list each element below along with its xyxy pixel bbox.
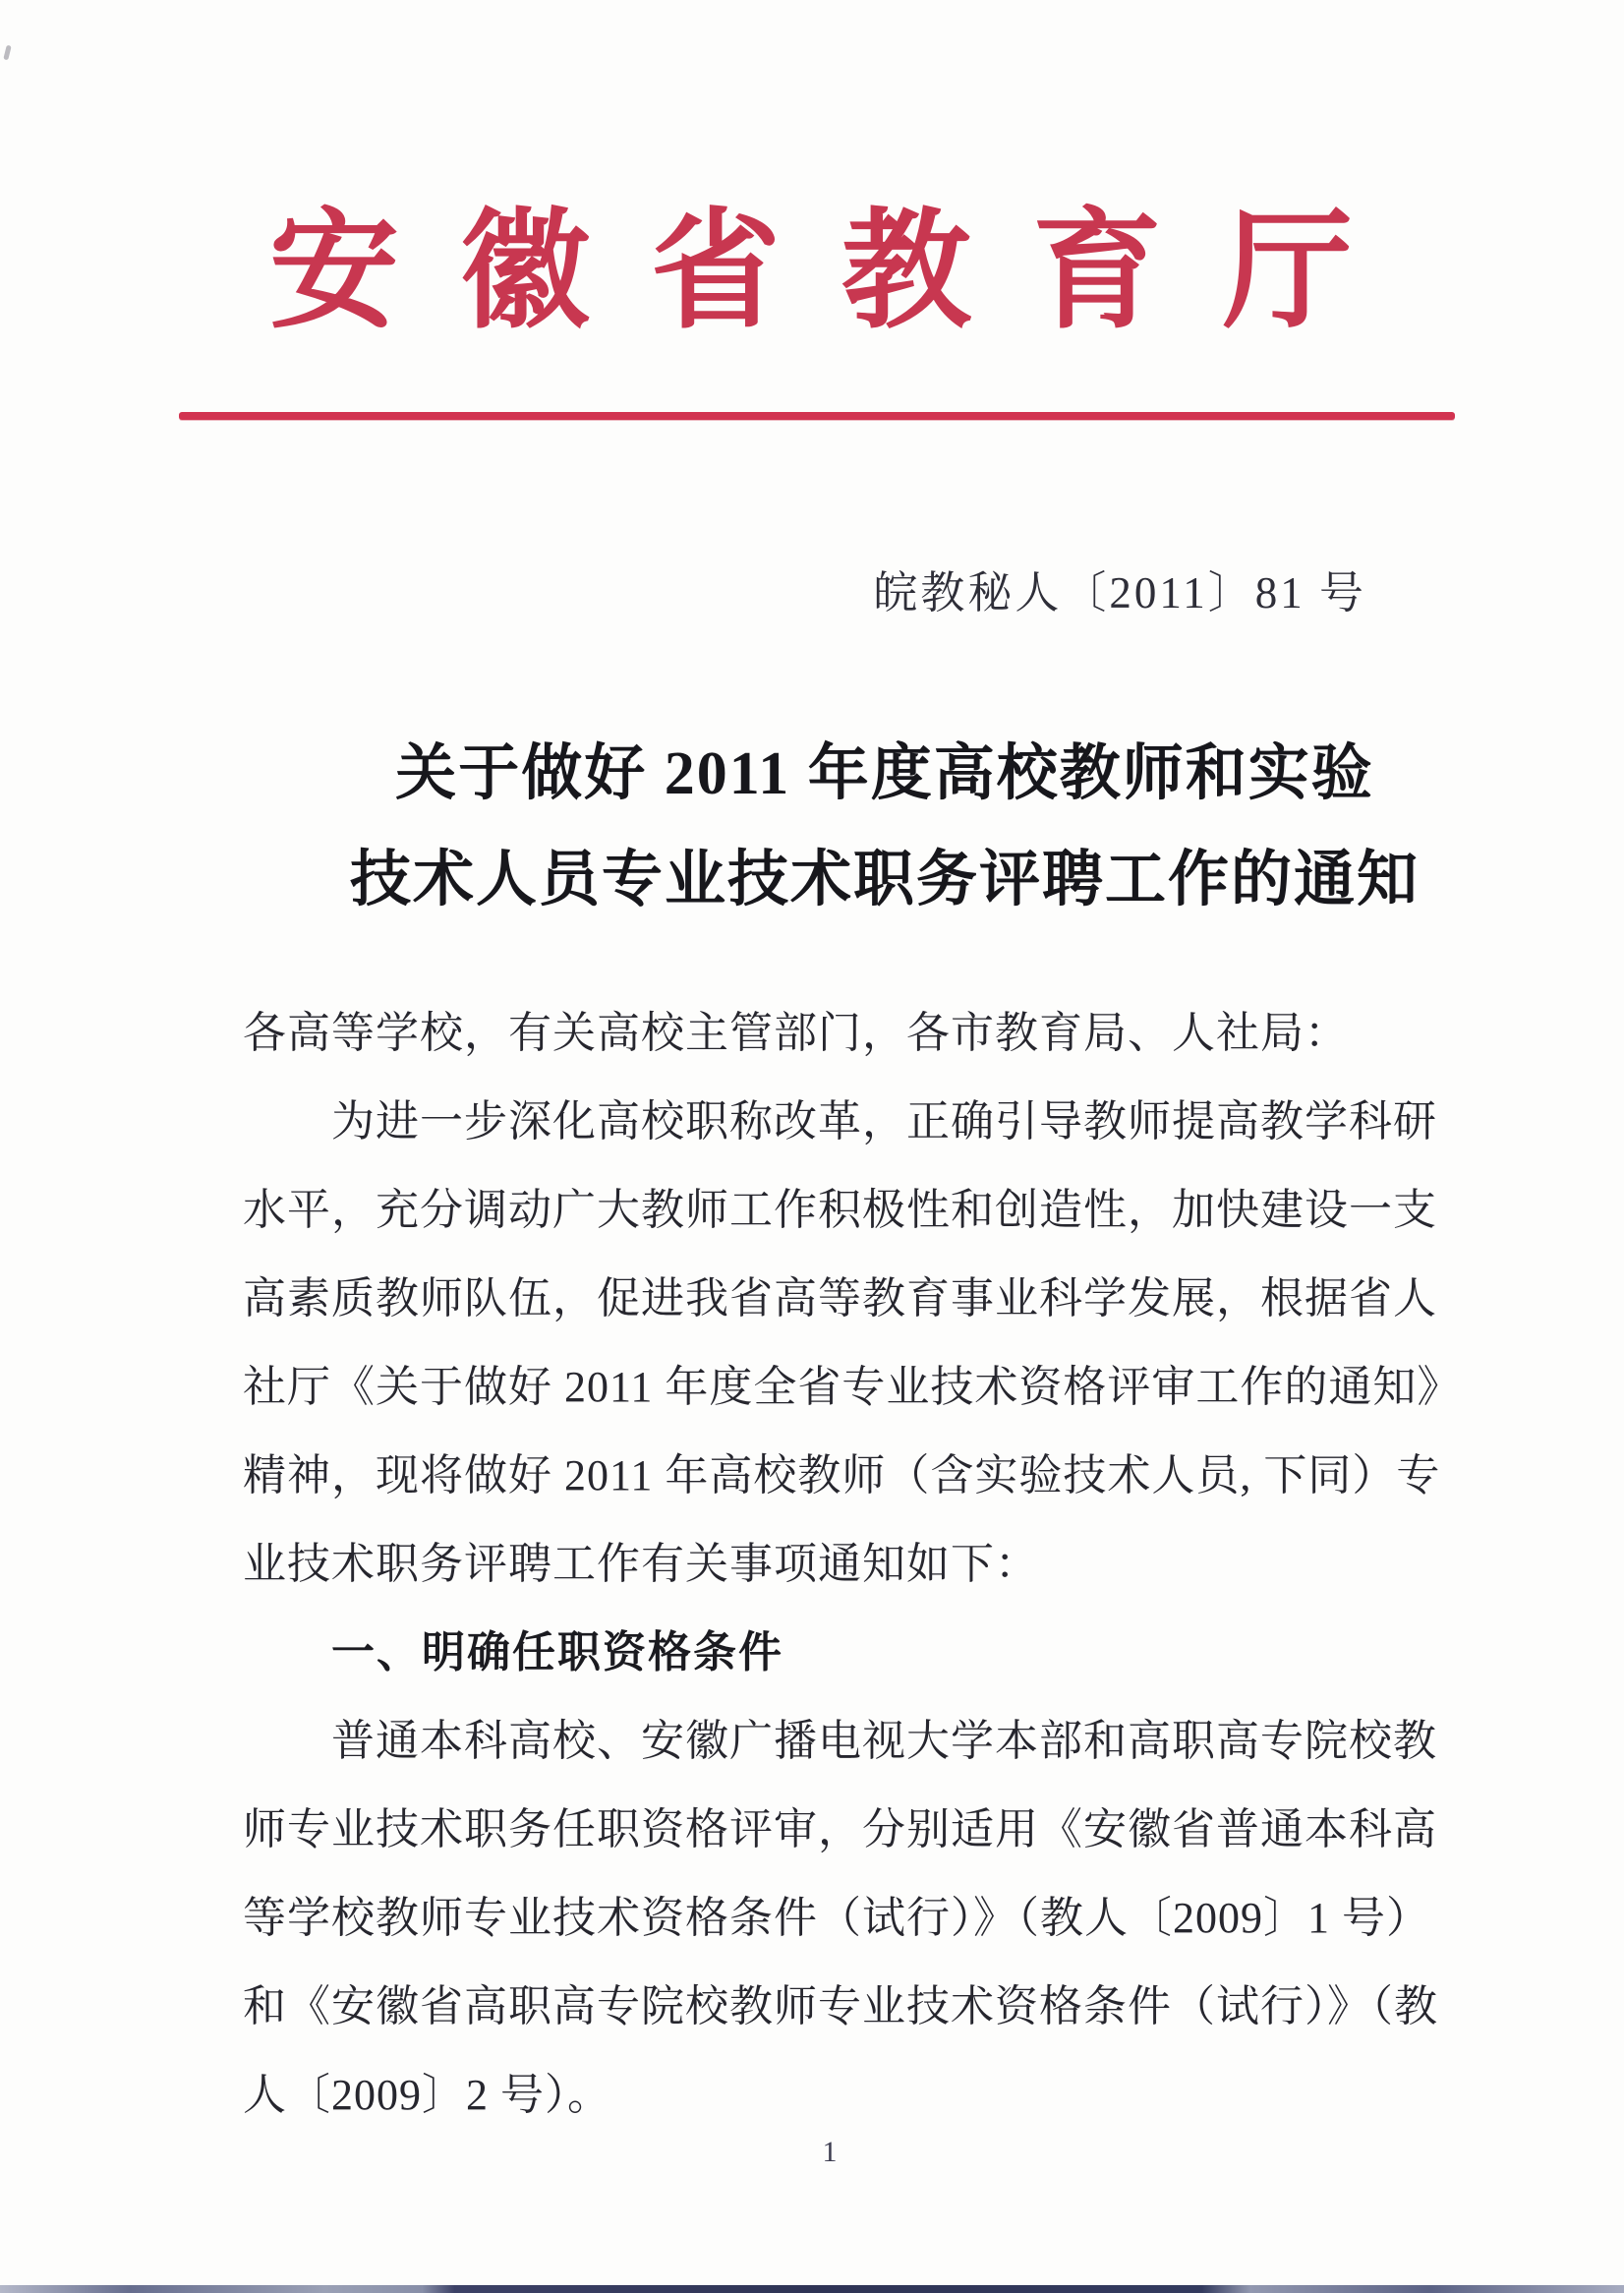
body-line: 普通本科高校、安徽广播电视大学本部和高职高专院校教	[243, 1697, 1422, 1786]
document-title-line1: 关于做好 2011 年度高校教师和实验	[145, 721, 1624, 827]
body-line: 等学校教师专业技术资格条件（试行）》（教人〔2009〕1 号）	[243, 1874, 1422, 1963]
body-line: 和《安徽省高职高专院校教师专业技术资格条件（试行）》（教	[243, 1963, 1422, 2051]
document-page: 安徽省教育厅 皖教秘人〔2011〕81 号 关于做好 2011 年度高校教师和实…	[0, 0, 1624, 2293]
body-line: 精神，现将做好 2011 年高校教师（含实验技术人员, 下同）专	[243, 1432, 1422, 1520]
page-number: 1	[18, 2136, 1624, 2169]
document-title: 关于做好 2011 年度高校教师和实验 技术人员专业技术职务评聘工作的通知	[145, 721, 1624, 933]
document-number: 皖教秘人〔2011〕81 号	[873, 562, 1366, 623]
letterhead-agency-title: 安徽省教育厅	[269, 199, 1414, 346]
section-heading: 一、明确任职资格条件	[243, 1609, 1422, 1697]
body-line: 人〔2009〕2 号）。	[243, 2051, 1422, 2140]
salutation-line: 各高等学校，有关高校主管部门，各市教育局、人社局：	[243, 989, 1422, 1078]
body-line: 水平，充分调动广大教师工作积极性和创造性，加快建设一支	[243, 1166, 1422, 1255]
document-body: 各高等学校，有关高校主管部门，各市教育局、人社局： 为进一步深化高校职称改革，正…	[243, 989, 1422, 2140]
document-title-line2: 技术人员专业技术职务评聘工作的通知	[145, 827, 1624, 933]
letterhead-rule	[179, 412, 1455, 420]
body-line: 师专业技术职务任职资格评审，分别适用《安徽省普通本科高	[243, 1786, 1422, 1874]
body-line: 业技术职务评聘工作有关事项通知如下：	[243, 1520, 1422, 1609]
scan-bottom-edge	[0, 2285, 1624, 2293]
body-line: 社厅《关于做好 2011 年度全省专业技术资格评审工作的通知》	[243, 1343, 1422, 1432]
body-line: 高素质教师队伍，促进我省高等教育事业科学发展，根据省人	[243, 1255, 1422, 1343]
scan-artifact	[3, 45, 11, 61]
body-line: 为进一步深化高校职称改革，正确引导教师提高教学科研	[243, 1078, 1422, 1166]
